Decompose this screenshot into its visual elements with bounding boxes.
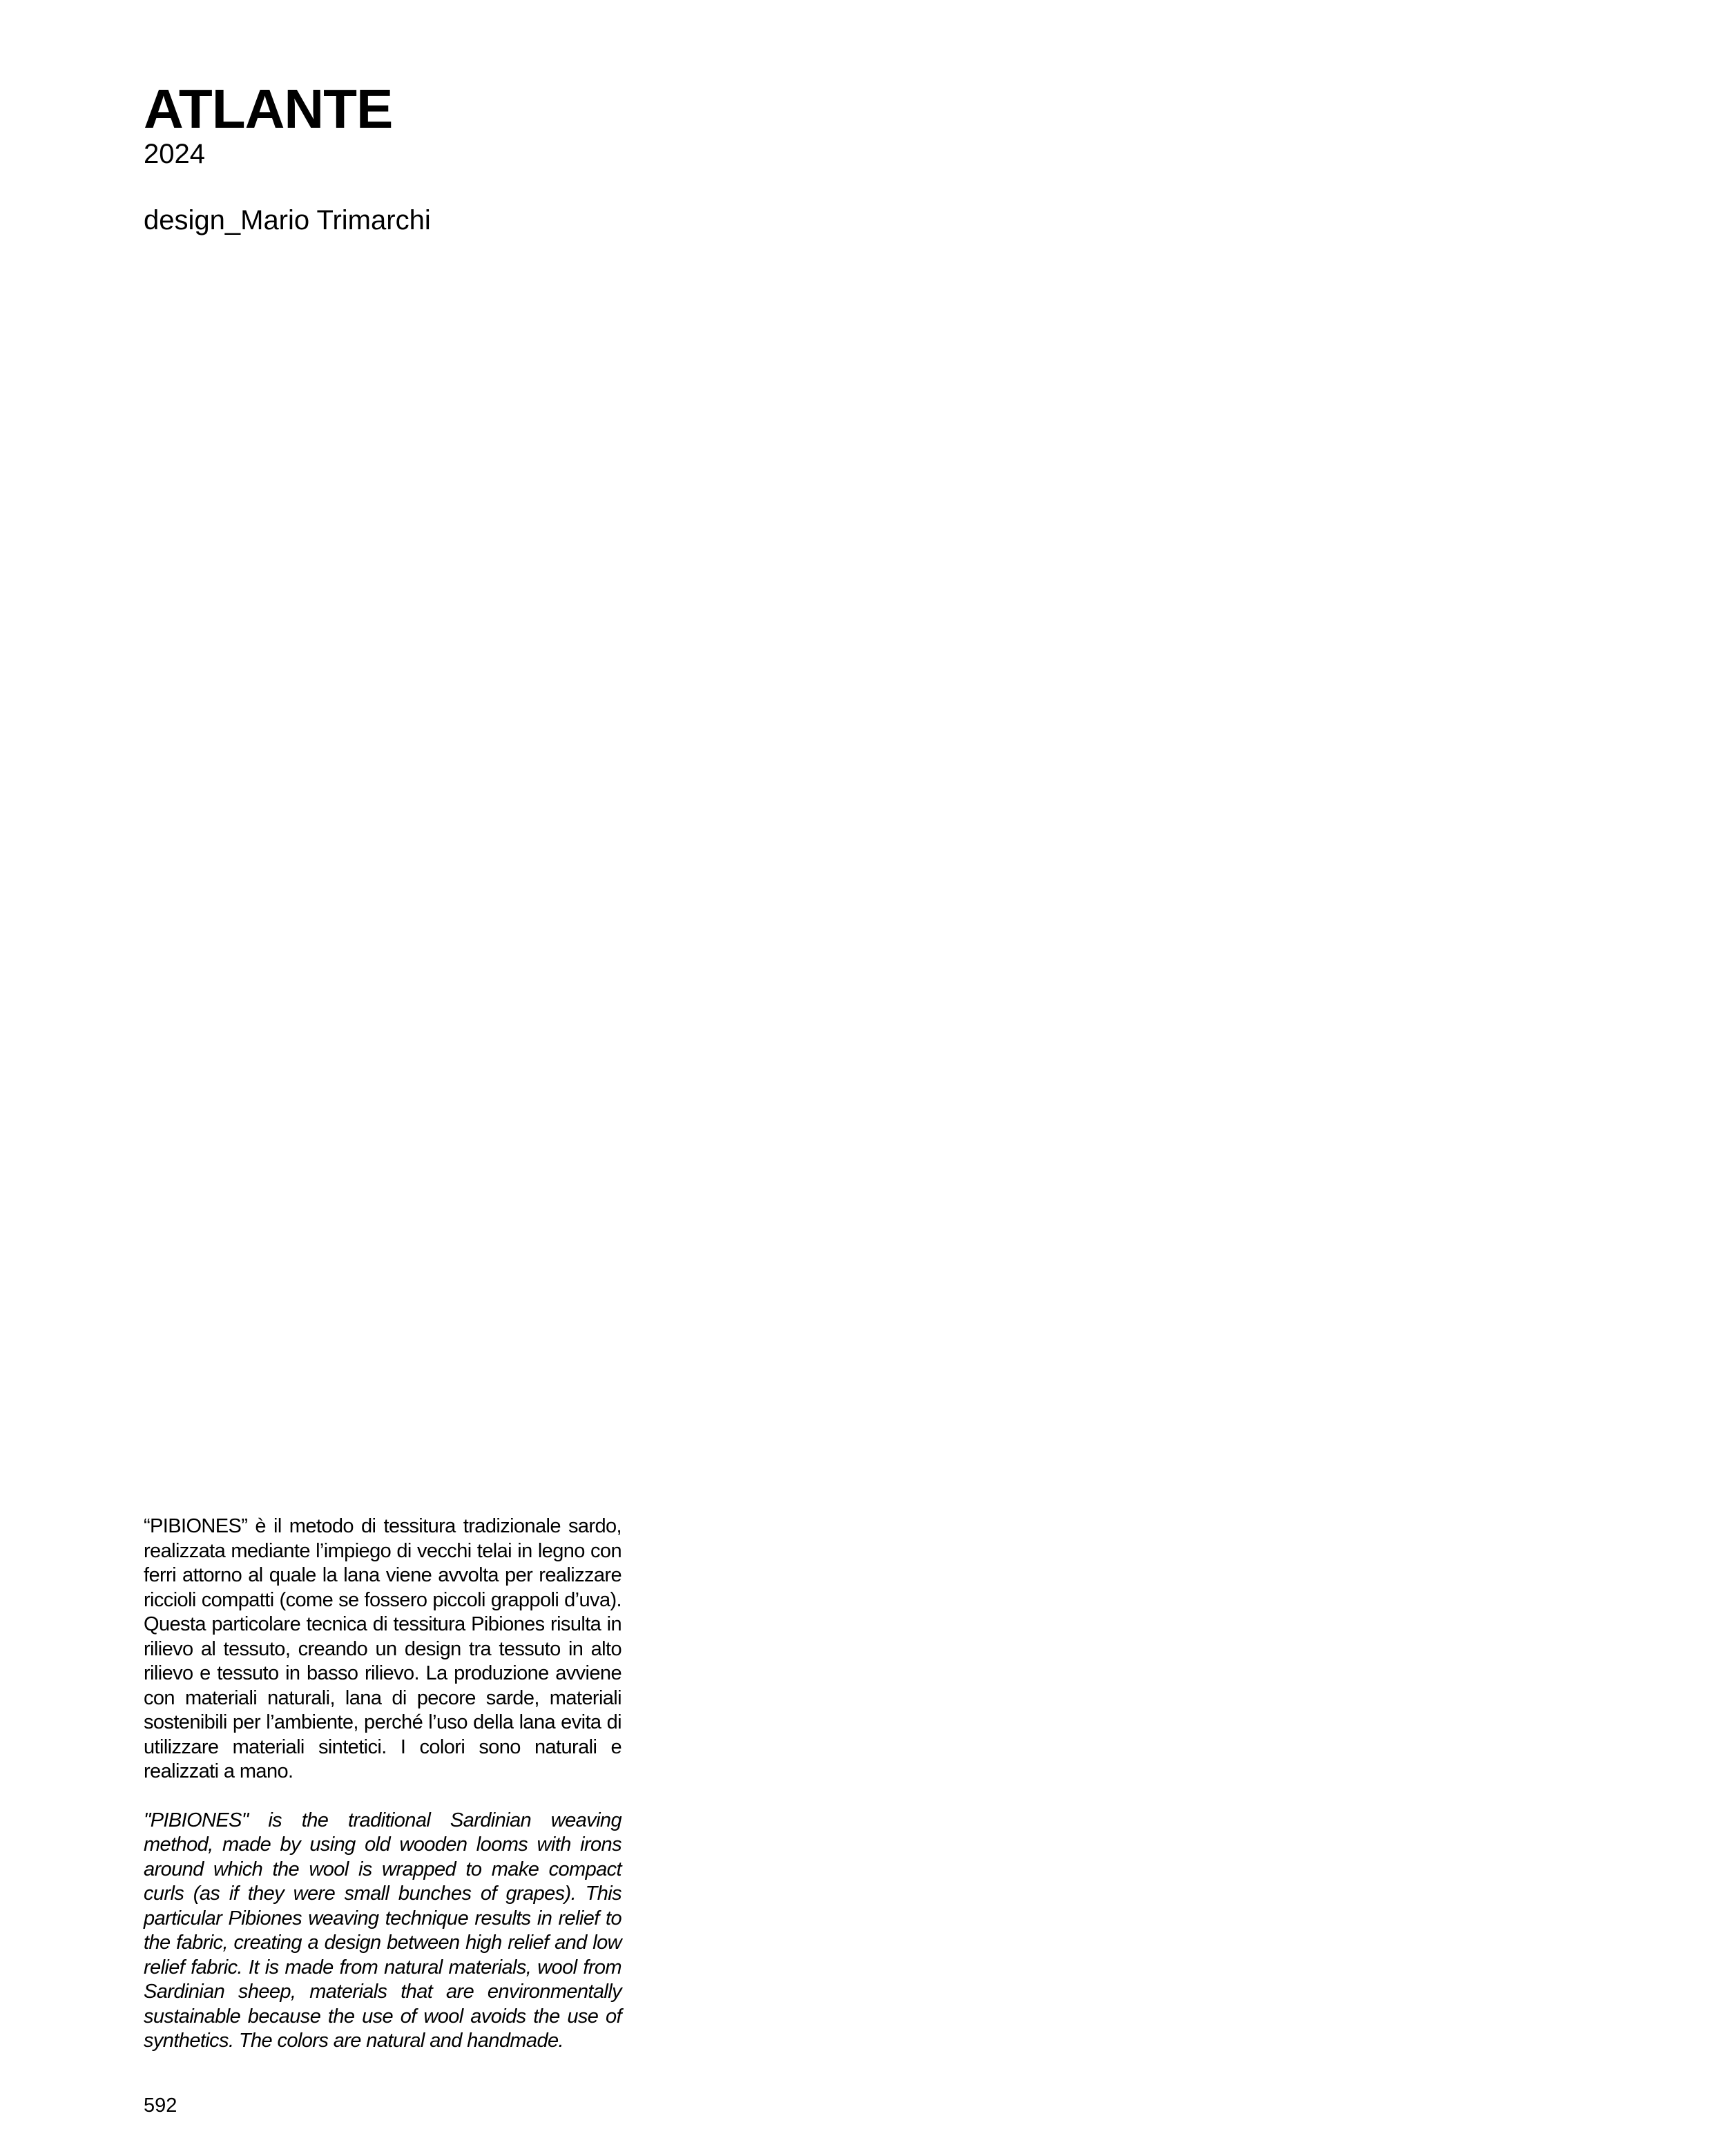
product-description: “PIBIONES” è il metodo di tessitura trad… [144, 1514, 621, 2054]
page-number: 592 [144, 2094, 177, 2117]
designer-credit: design_Mario Trimarchi [144, 204, 431, 236]
description-english: "PIBIONES" is the traditional Sardinian … [144, 1809, 621, 2054]
product-year: 2024 [144, 138, 431, 170]
description-italian: “PIBIONES” è il metodo di tessitura trad… [144, 1514, 621, 1784]
product-header: ATLANTE 2024 design_Mario Trimarchi [144, 81, 431, 236]
product-title: ATLANTE [144, 81, 431, 137]
